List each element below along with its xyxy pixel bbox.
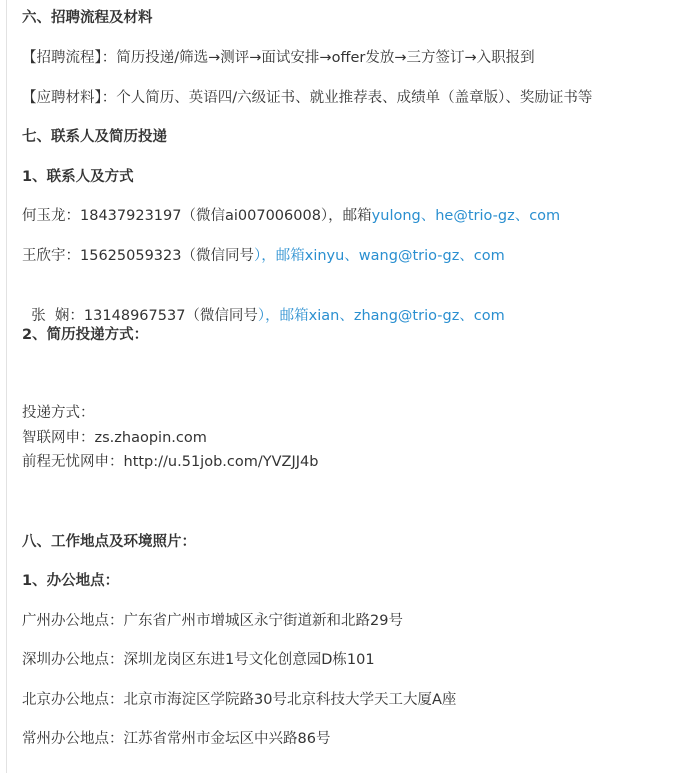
office-guangzhou: 广州办公地点：广东省广州市增城区永宁街道新和北路29号 <box>22 611 403 631</box>
zhaopin-apply-link[interactable]: 智联网申：zs.zhaopin.com <box>22 428 207 448</box>
delivery-subheading: 2、简历投递方式： <box>22 325 148 345</box>
recruit-process-value: 简历投递/筛选→测评→面试安排→offer发放→三方签订→入职报到 <box>116 50 534 66</box>
recruit-process-label: 【招聘流程】： <box>22 50 116 66</box>
application-materials-value: 个人简历、英语四/六级证书、就业推荐表、成绩单（盖章版）、奖励证书等 <box>116 90 592 106</box>
contact-row-zhang-xian: 张 娴：13148967537（微信同号），邮箱xian、zhang@trio-… <box>22 286 505 326</box>
offices-subheading: 1、办公地点： <box>22 571 119 591</box>
contact-email-link[interactable]: ），邮箱xinyu、wang@trio-gz、com <box>254 248 505 264</box>
contact-email-link[interactable]: ），邮箱xian、zhang@trio-gz、com <box>258 308 505 324</box>
51job-apply-link[interactable]: 前程无忧网申：http://u.51job.com/YVZJJ4b <box>22 452 318 472</box>
office-beijing: 北京办公地点：北京市海淀区学院路30号北京科技大学天工大厦A座 <box>22 690 456 710</box>
contact-info: 张 娴：13148967537（微信同号 <box>31 308 258 324</box>
section-8-heading: 八、工作地点及环境照片： <box>22 532 196 552</box>
office-shenzhen: 深圳办公地点：深圳龙岗区东进1号文化创意园D栋101 <box>22 650 375 670</box>
application-materials-label: 【应聘材料】： <box>22 90 116 106</box>
contact-info: 何玉龙：18437923197（微信ai007006008），邮箱 <box>22 208 372 224</box>
contact-row-he-yulong: 何玉龙：18437923197（微信ai007006008），邮箱yulong、… <box>22 206 560 226</box>
contact-row-wang-xinyu: 王欣宇：15625059323（微信同号），邮箱xinyu、wang@trio-… <box>22 246 505 266</box>
office-changzhou: 常州办公地点：江苏省常州市金坛区中兴路86号 <box>22 729 330 749</box>
contacts-subheading: 1、联系人及方式 <box>22 167 134 187</box>
contact-email-link[interactable]: yulong、he@trio-gz、com <box>372 208 561 224</box>
recruit-process-row: 【招聘流程】：简历投递/筛选→测评→面试安排→offer发放→三方签订→入职报到 <box>22 48 535 68</box>
delivery-label: 投递方式： <box>22 403 95 423</box>
section-7-heading: 七、联系人及简历投递 <box>22 127 167 147</box>
section-6-heading: 六、招聘流程及材料 <box>22 8 153 28</box>
contact-info: 王欣宇：15625059323（微信同号 <box>22 248 254 264</box>
application-materials-row: 【应聘材料】：个人简历、英语四/六级证书、就业推荐表、成绩单（盖章版）、奖励证书… <box>22 88 592 108</box>
